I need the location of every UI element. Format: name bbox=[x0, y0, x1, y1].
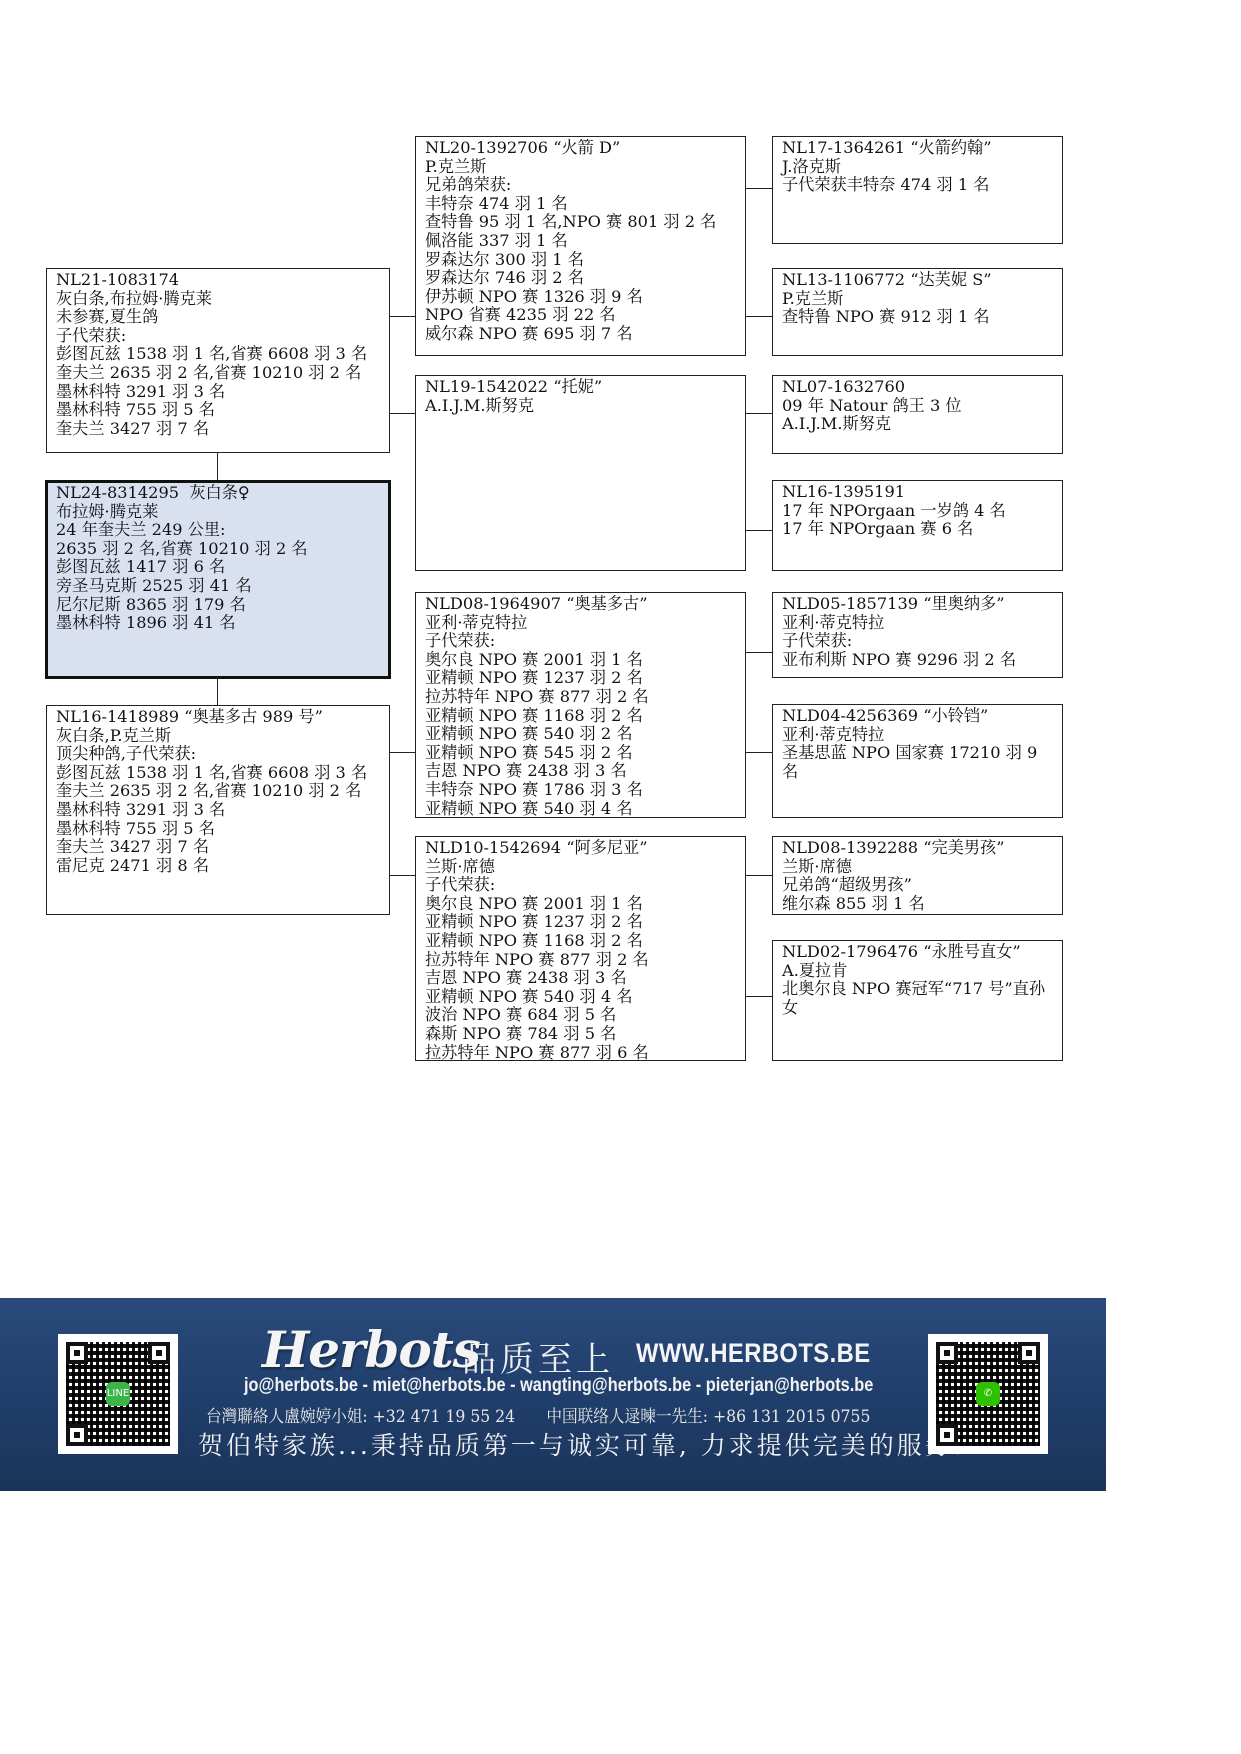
connector-gen2-gen3-5 bbox=[746, 652, 772, 653]
connector-gen2-gen3-8 bbox=[746, 996, 772, 997]
ring-number: NL21-1083174 bbox=[56, 271, 380, 290]
connector-gen2-gen3-1 bbox=[746, 188, 772, 189]
pedigree-line: 09 年 Natour 鸽王 3 位 bbox=[782, 397, 1053, 416]
pedigree-line: 丰特奈 NPO 赛 1786 羽 3 名 bbox=[425, 781, 736, 800]
pedigree-line: 威尔森 NPO 赛 695 羽 7 名 bbox=[425, 325, 736, 344]
motto: 贺伯特家族...秉持品质第一与诚实可靠, 力求提供完美的服务! bbox=[198, 1426, 966, 1462]
pedigree-line: 亚精顿 NPO 赛 1237 羽 2 名 bbox=[425, 669, 736, 688]
pedigree-line: 波治 NPO 赛 684 羽 5 名 bbox=[425, 1006, 736, 1025]
pedigree-sire-dam-box: NL19-1542022 “托妮”A.I.J.M.斯努克 bbox=[415, 375, 746, 571]
pedigree-line: 奥尔良 NPO 赛 2001 羽 1 名 bbox=[425, 895, 736, 914]
pedigree-line: 旁圣马克斯 2525 羽 41 名 bbox=[56, 577, 380, 596]
pedigree-line: 森斯 NPO 赛 784 羽 5 名 bbox=[425, 1025, 736, 1044]
pedigree-line: 亚利·蒂克特拉 bbox=[782, 614, 1053, 633]
connector-sire-to-sire-sire bbox=[390, 316, 415, 317]
pedigree-line: 子代荣获: bbox=[56, 327, 380, 346]
ring-number: NL16-1418989 “奥基多古 989 号” bbox=[56, 708, 380, 727]
pedigree-line: 17 年 NPOrgaan 赛 6 名 bbox=[782, 520, 1053, 539]
pedigree-line: 兰斯·席德 bbox=[425, 858, 736, 877]
pedigree-line: 亚精顿 NPO 赛 540 羽 4 名 bbox=[425, 800, 736, 819]
pedigree-sire-sire-box: NL20-1392706 “火箭 D”P.克兰斯兄弟鸽荣获:丰特奈 474 羽 … bbox=[415, 136, 746, 356]
ring-number: NL24-8314295 灰白条♀ bbox=[56, 484, 380, 503]
pedigree-sire-box: NL21-1083174灰白条,布拉姆·腾克莱未参赛,夏生鸽子代荣获:彭图瓦兹 … bbox=[46, 268, 390, 453]
slogan: 品质至上 bbox=[462, 1332, 614, 1381]
contact-taiwan: 台灣聯絡人盧婉婷小姐: +32 471 19 55 24 bbox=[206, 1407, 515, 1427]
connector-gen2-gen3-7 bbox=[746, 875, 772, 876]
pedigree-line: NPO 省赛 4235 羽 22 名 bbox=[425, 306, 736, 325]
ring-number: NL16-1395191 bbox=[782, 483, 1053, 502]
pedigree-gen3-box-5: NLD05-1857139 “里奥纳多”亚利·蒂克特拉子代荣获:亚布利斯 NPO… bbox=[772, 592, 1063, 678]
contact-china: 中国联络人逯暕一先生: +86 131 2015 0755 bbox=[546, 1407, 870, 1427]
pedigree-gen3-box-3: NL07-163276009 年 Natour 鸽王 3 位A.I.J.M.斯努… bbox=[772, 375, 1063, 454]
connector-gen2-gen3-2 bbox=[746, 316, 772, 317]
pedigree-dam-box: NL16-1418989 “奥基多古 989 号”灰白条,P.克兰斯顶尖种鸽,子… bbox=[46, 705, 390, 915]
pedigree-line: 亚精顿 NPO 赛 540 羽 2 名 bbox=[425, 725, 736, 744]
pedigree-line: 彭图瓦兹 1538 羽 1 名,省赛 6608 羽 3 名 bbox=[56, 345, 380, 364]
wechat-icon: ✆ bbox=[976, 1382, 1000, 1406]
pedigree-line: 北奥尔良 NPO 赛冠军“717 号”直孙女 bbox=[782, 980, 1053, 1017]
ring-number: NL20-1392706 “火箭 D” bbox=[425, 139, 736, 158]
pedigree-line: P.克兰斯 bbox=[782, 290, 1053, 309]
pedigree-line: 24 年奎夫兰 249 公里: bbox=[56, 521, 380, 540]
footer-banner: LINE Herbots 品质至上 WWW.HERBOTS.BE jo@herb… bbox=[0, 1298, 1106, 1491]
pedigree-line: 彭图瓦兹 1417 羽 6 名 bbox=[56, 558, 380, 577]
pedigree-line: 彭图瓦兹 1538 羽 1 名,省赛 6608 羽 3 名 bbox=[56, 764, 380, 783]
pedigree-line: 亚精顿 NPO 赛 1168 羽 2 名 bbox=[425, 707, 736, 726]
connector-dam-to-dam-sire bbox=[390, 752, 415, 753]
pedigree-line: 拉苏特年 NPO 赛 877 羽 6 名 bbox=[425, 1044, 736, 1063]
ring-number: NLD04-4256369 “小铃铛” bbox=[782, 707, 1053, 726]
connector-sire-to-sire-dam bbox=[390, 413, 415, 414]
pedigree-subject-box: NL24-8314295 灰白条♀布拉姆·腾克莱24 年奎夫兰 249 公里:2… bbox=[45, 480, 391, 679]
qr-code-line[interactable]: LINE bbox=[58, 1334, 178, 1454]
line-icon: LINE bbox=[106, 1382, 130, 1406]
pedigree-line: 亚利·蒂克特拉 bbox=[782, 726, 1053, 745]
ring-number: NLD08-1392288 “完美男孩” bbox=[782, 839, 1053, 858]
pedigree-line: 兰斯·席德 bbox=[782, 858, 1053, 877]
pedigree-line: 查特鲁 95 羽 1 名,NPO 赛 801 羽 2 名 bbox=[425, 213, 736, 232]
pedigree-line: 灰白条,布拉姆·腾克莱 bbox=[56, 290, 380, 309]
pedigree-line: 丰特奈 474 羽 1 名 bbox=[425, 195, 736, 214]
pedigree-gen3-box-7: NLD08-1392288 “完美男孩”兰斯·席德兄弟鸽“超级男孩”维尔森 85… bbox=[772, 836, 1063, 915]
pedigree-line: 亚精顿 NPO 赛 540 羽 4 名 bbox=[425, 988, 736, 1007]
pedigree-line: 罗森达尔 746 羽 2 名 bbox=[425, 269, 736, 288]
pedigree-line: 顶尖种鸽,子代荣获: bbox=[56, 745, 380, 764]
pedigree-dam-sire-box: NLD08-1964907 “奥基多古”亚利·蒂克特拉子代荣获:奥尔良 NPO … bbox=[415, 592, 746, 818]
pedigree-line: 布拉姆·腾克莱 bbox=[56, 503, 380, 522]
pedigree-line: 17 年 NPOrgaan 一岁鸽 4 名 bbox=[782, 502, 1053, 521]
pedigree-line: 吉恩 NPO 赛 2438 羽 3 名 bbox=[425, 969, 736, 988]
pedigree-line: 墨林科特 755 羽 5 名 bbox=[56, 820, 380, 839]
pedigree-line: 墨林科特 1896 羽 41 名 bbox=[56, 614, 380, 633]
pedigree-line: 墨林科特 3291 羽 3 名 bbox=[56, 383, 380, 402]
pedigree-line: 拉苏特年 NPO 赛 877 羽 2 名 bbox=[425, 951, 736, 970]
pedigree-line: 亚精顿 NPO 赛 1237 羽 2 名 bbox=[425, 913, 736, 932]
pedigree-line: 奎夫兰 2635 羽 2 名,省赛 10210 羽 2 名 bbox=[56, 364, 380, 383]
ring-number: NL17-1364261 “火箭约翰” bbox=[782, 139, 1053, 158]
ring-number: NL07-1632760 bbox=[782, 378, 1053, 397]
pedigree-line: 伊苏顿 NPO 赛 1326 羽 9 名 bbox=[425, 288, 736, 307]
connector-subject-dam bbox=[217, 679, 218, 705]
pedigree-line: 子代荣获: bbox=[425, 632, 736, 651]
pedigree-line: 奎夫兰 2635 羽 2 名,省赛 10210 羽 2 名 bbox=[56, 782, 380, 801]
connector-subject-sire bbox=[217, 453, 218, 480]
ring-number: NLD02-1796476 “永胜号直女” bbox=[782, 943, 1053, 962]
pedigree-line: 子代荣获: bbox=[782, 632, 1053, 651]
pedigree-line: 兄弟鸽荣获: bbox=[425, 176, 736, 195]
pedigree-line: P.克兰斯 bbox=[425, 158, 736, 177]
pedigree-line: 灰白条,P.克兰斯 bbox=[56, 727, 380, 746]
pedigree-line: 子代荣获丰特奈 474 羽 1 名 bbox=[782, 176, 1053, 195]
pedigree-line: 查特鲁 NPO 赛 912 羽 1 名 bbox=[782, 308, 1053, 327]
connector-gen2-gen3-6 bbox=[746, 752, 772, 753]
contact-phones: 台灣聯絡人盧婉婷小姐: +32 471 19 55 24中国联络人逯暕一先生: … bbox=[206, 1402, 902, 1427]
pedigree-line: A.I.J.M.斯努克 bbox=[782, 415, 1053, 434]
pedigree-line: 墨林科特 755 羽 5 名 bbox=[56, 401, 380, 420]
website-link[interactable]: WWW.HERBOTS.BE bbox=[636, 1338, 871, 1369]
pedigree-line: 圣基思蓝 NPO 国家赛 17210 羽 9 名 bbox=[782, 744, 1053, 781]
pedigree-line: 亚精顿 NPO 赛 545 羽 2 名 bbox=[425, 744, 736, 763]
ring-number: NLD05-1857139 “里奥纳多” bbox=[782, 595, 1053, 614]
pedigree-line: 兄弟鸽“超级男孩” bbox=[782, 876, 1053, 895]
pedigree-line: 奎夫兰 3427 羽 7 名 bbox=[56, 420, 380, 439]
qr-code-wechat[interactable]: ✆ bbox=[928, 1334, 1048, 1454]
brand-logo: Herbots bbox=[262, 1320, 480, 1379]
pedigree-line: 拉苏特年 NPO 赛 877 羽 2 名 bbox=[425, 688, 736, 707]
pedigree-line: 尼尔尼斯 8365 羽 179 名 bbox=[56, 596, 380, 615]
pedigree-line: 吉恩 NPO 赛 2438 羽 3 名 bbox=[425, 762, 736, 781]
pedigree-gen3-box-1: NL17-1364261 “火箭约翰”J.洛克斯子代荣获丰特奈 474 羽 1 … bbox=[772, 136, 1063, 244]
pedigree-line: 亚利·蒂克特拉 bbox=[425, 614, 736, 633]
pedigree-line: 维尔森 855 羽 1 名 bbox=[782, 895, 1053, 914]
pedigree-line: 2635 羽 2 名,省赛 10210 羽 2 名 bbox=[56, 540, 380, 559]
connector-gen2-gen3-4 bbox=[746, 530, 772, 531]
pedigree-line: 墨林科特 3291 羽 3 名 bbox=[56, 801, 380, 820]
ring-number: NLD08-1964907 “奥基多古” bbox=[425, 595, 736, 614]
ring-number: NL13-1106772 “达芙妮 S” bbox=[782, 271, 1053, 290]
connector-dam-to-dam-dam bbox=[390, 875, 415, 876]
pedigree-line: 未参赛,夏生鸽 bbox=[56, 308, 380, 327]
pedigree-line: 罗森达尔 300 羽 1 名 bbox=[425, 251, 736, 270]
pedigree-gen3-box-6: NLD04-4256369 “小铃铛”亚利·蒂克特拉圣基思蓝 NPO 国家赛 1… bbox=[772, 704, 1063, 818]
ring-number: NL19-1542022 “托妮” bbox=[425, 378, 736, 397]
pedigree-line: 奎夫兰 3427 羽 7 名 bbox=[56, 838, 380, 857]
pedigree-gen3-box-2: NL13-1106772 “达芙妮 S”P.克兰斯查特鲁 NPO 赛 912 羽… bbox=[772, 268, 1063, 356]
pedigree-line: 亚布利斯 NPO 赛 9296 羽 2 名 bbox=[782, 651, 1053, 670]
connector-gen2-gen3-3 bbox=[746, 413, 772, 414]
pedigree-gen3-box-4: NL16-139519117 年 NPOrgaan 一岁鸽 4 名17 年 NP… bbox=[772, 480, 1063, 571]
ring-number: NLD10-1542694 “阿多尼亚” bbox=[425, 839, 736, 858]
pedigree-line: A.夏拉肯 bbox=[782, 962, 1053, 981]
pedigree-line: 子代荣获: bbox=[425, 876, 736, 895]
pedigree-line: A.I.J.M.斯努克 bbox=[425, 397, 736, 416]
pedigree-line: 佩洛能 337 羽 1 名 bbox=[425, 232, 736, 251]
pedigree-line: 雷尼克 2471 羽 8 名 bbox=[56, 857, 380, 876]
pedigree-line: 亚精顿 NPO 赛 1168 羽 2 名 bbox=[425, 932, 736, 951]
pedigree-dam-dam-box: NLD10-1542694 “阿多尼亚”兰斯·席德子代荣获:奥尔良 NPO 赛 … bbox=[415, 836, 746, 1061]
pedigree-line: J.洛克斯 bbox=[782, 158, 1053, 177]
pedigree-line: 奥尔良 NPO 赛 2001 羽 1 名 bbox=[425, 651, 736, 670]
pedigree-gen3-box-8: NLD02-1796476 “永胜号直女”A.夏拉肯北奥尔良 NPO 赛冠军“7… bbox=[772, 940, 1063, 1061]
email-list[interactable]: jo@herbots.be - miet@herbots.be - wangti… bbox=[244, 1375, 873, 1397]
